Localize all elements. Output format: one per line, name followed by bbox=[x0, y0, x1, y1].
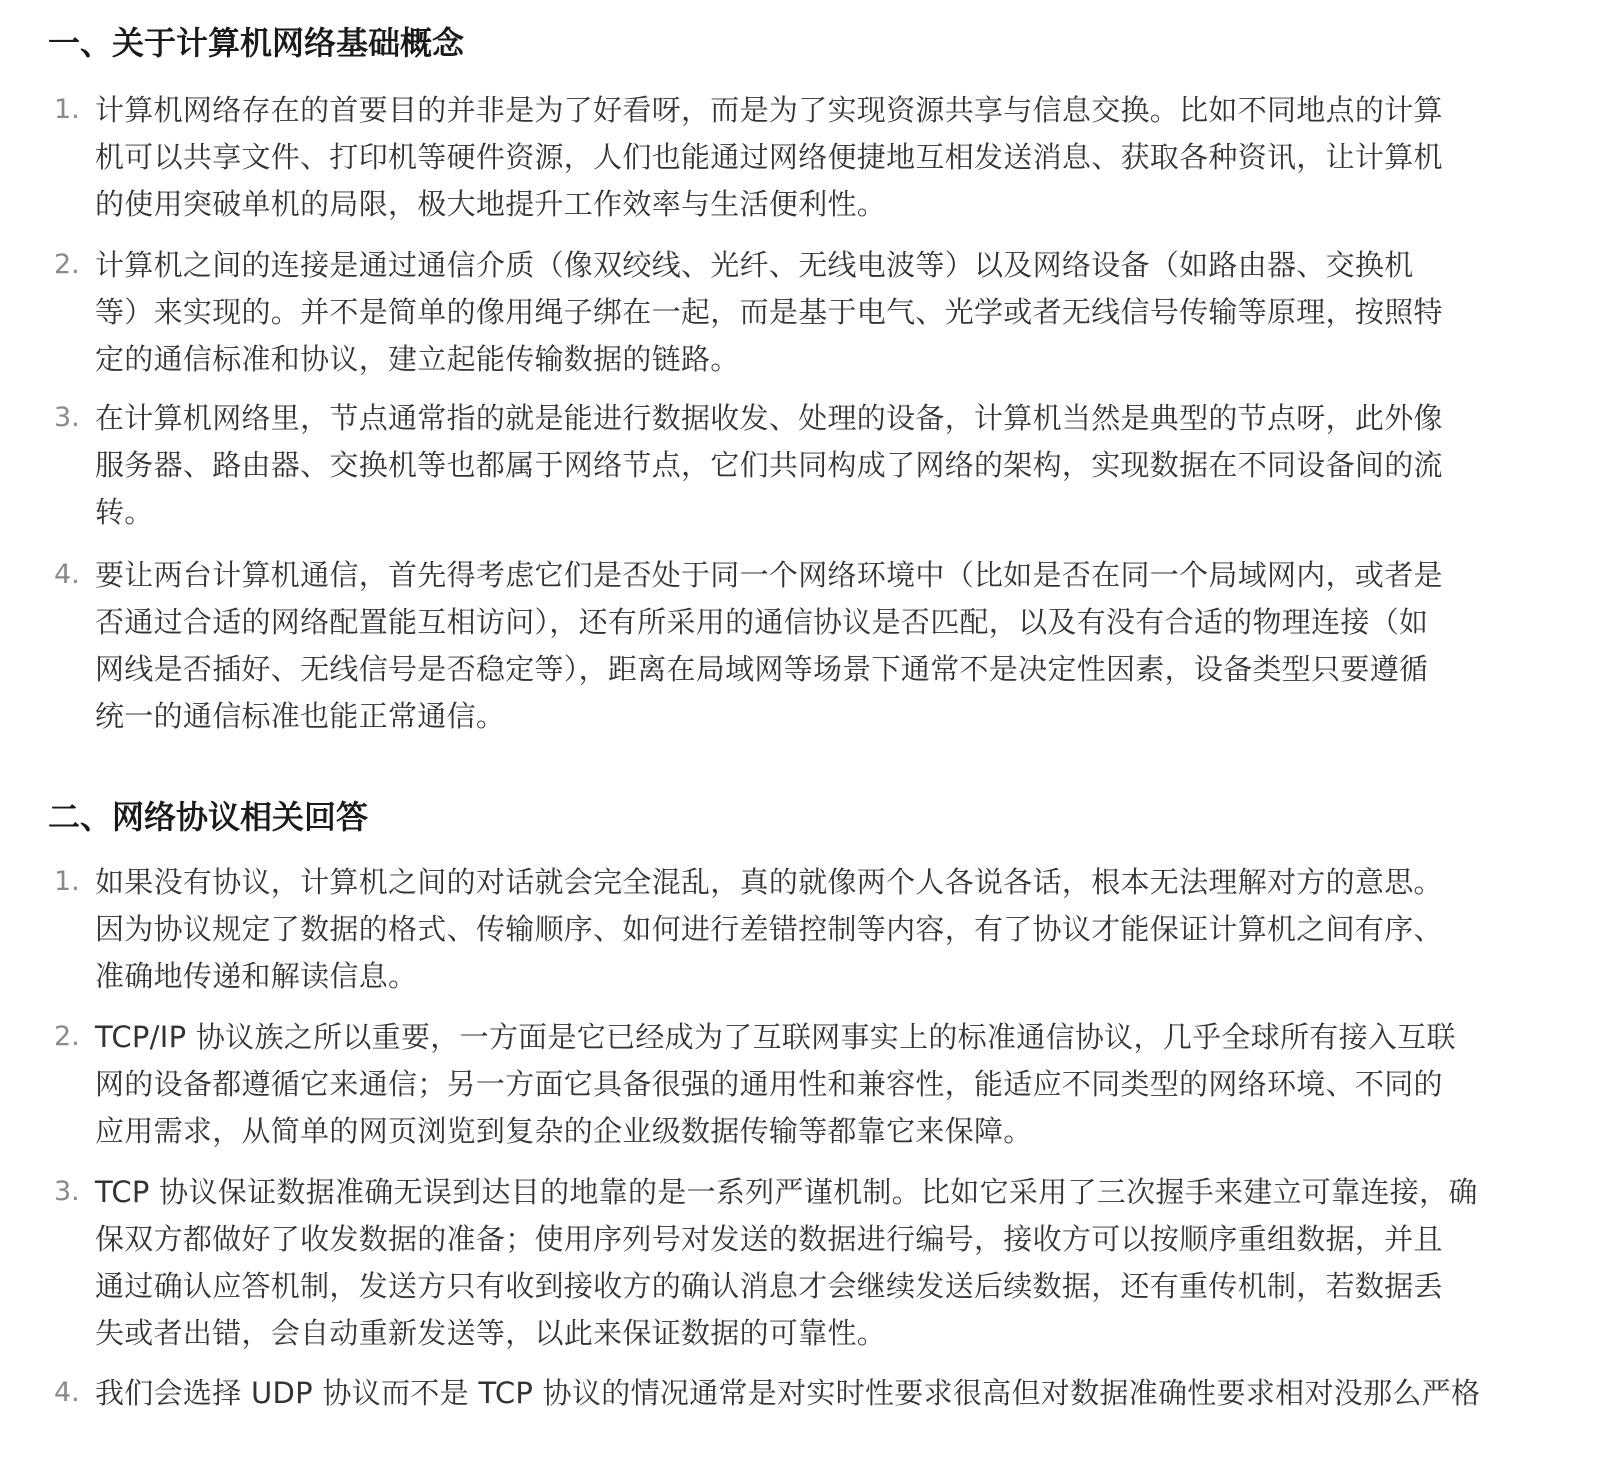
item-text-line: 否通过合适的网络配置能互相访问），还有所采用的通信协议是否匹配，以及有没有合适的… bbox=[95, 598, 1428, 646]
list-number: 1. bbox=[54, 86, 80, 134]
item-text-line: 网线是否插好、无线信号是否稳定等），距离在局域网等场景下通常不是决定性因素，设备… bbox=[95, 645, 1428, 693]
item-text-line: 失或者出错，会自动重新发送等，以此来保证数据的可靠性。 bbox=[95, 1309, 886, 1357]
list-number: 4. bbox=[54, 551, 80, 599]
item-text-line: 网的设备都遵循它来通信；另一方面它具备很强的通用性和兼容性，能适应不同类型的网络… bbox=[95, 1060, 1443, 1108]
item-text-line: 准确地传递和解读信息。 bbox=[95, 952, 417, 1000]
item-text-line: 因为协议规定了数据的格式、传输顺序、如何进行差错控制等内容，有了协议才能保证计算… bbox=[95, 905, 1443, 953]
item-text-line: TCP/IP 协议族之所以重要，一方面是它已经成为了互联网事实上的标准通信协议，… bbox=[95, 1013, 1456, 1061]
item-text-line: 服务器、路由器、交换机等也都属于网络节点，它们共同构成了网络的架构，实现数据在不… bbox=[95, 441, 1443, 489]
item-text-line: 通过确认应答机制，发送方只有收到接收方的确认消息才会继续发送后续数据，还有重传机… bbox=[95, 1262, 1443, 1310]
item-text-line: TCP 协议保证数据准确无误到达目的地靠的是一系列严谨机制。比如它采用了三次握手… bbox=[95, 1168, 1478, 1216]
list-number: 4. bbox=[54, 1369, 80, 1417]
item-text-line: 应用需求，从简单的网页浏览到复杂的企业级数据传输等都靠它来保障。 bbox=[95, 1107, 1033, 1155]
item-text-line: 在计算机网络里，节点通常指的就是能进行数据收发、处理的设备，计算机当然是典型的节… bbox=[95, 394, 1443, 442]
list-number: 2. bbox=[54, 1013, 80, 1061]
list-number: 1. bbox=[54, 858, 80, 906]
item-text-line: 计算机之间的连接是通过通信介质（像双绞线、光纤、无线电波等）以及网络设备（如路由… bbox=[95, 241, 1414, 289]
section-heading: 一、关于计算机网络基础概念 bbox=[48, 18, 464, 64]
item-text-line: 机可以共享文件、打印机等硬件资源，人们也能通过网络便捷地互相发送消息、获取各种资… bbox=[95, 133, 1443, 181]
item-text-line: 转。 bbox=[95, 488, 154, 536]
section-heading: 二、网络协议相关回答 bbox=[48, 792, 368, 838]
item-text-line: 保双方都做好了收发数据的准备；使用序列号对发送的数据进行编号，接收方可以按顺序重… bbox=[95, 1215, 1443, 1263]
item-text-line: 要让两台计算机通信，首先得考虑它们是否处于同一个网络环境中（比如是否在同一个局域… bbox=[95, 551, 1443, 599]
list-number: 3. bbox=[54, 394, 80, 442]
item-text-line: 我们会选择 UDP 协议而不是 TCP 协议的情况通常是对实时性要求很高但对数据… bbox=[95, 1369, 1480, 1417]
item-text-line: 等）来实现的。并不是简单的像用绳子绑在一起，而是基于电气、光学或者无线信号传输等… bbox=[95, 288, 1443, 336]
item-text-line: 统一的通信标准也能正常通信。 bbox=[95, 692, 505, 740]
item-text-line: 的使用突破单机的局限，极大地提升工作效率与生活便利性。 bbox=[95, 180, 886, 228]
item-text-line: 定的通信标准和协议，建立起能传输数据的链路。 bbox=[95, 335, 740, 383]
document-body: 一、关于计算机网络基础概念 1. 计算机网络存在的首要目的并非是为了好看呀，而是… bbox=[0, 0, 1615, 1468]
list-number: 2. bbox=[54, 241, 80, 289]
item-text-line: 如果没有协议，计算机之间的对话就会完全混乱，真的就像两个人各说各话，根本无法理解… bbox=[95, 858, 1443, 906]
list-number: 3. bbox=[54, 1168, 80, 1216]
item-text-line: 计算机网络存在的首要目的并非是为了好看呀，而是为了实现资源共享与信息交换。比如不… bbox=[95, 86, 1443, 134]
